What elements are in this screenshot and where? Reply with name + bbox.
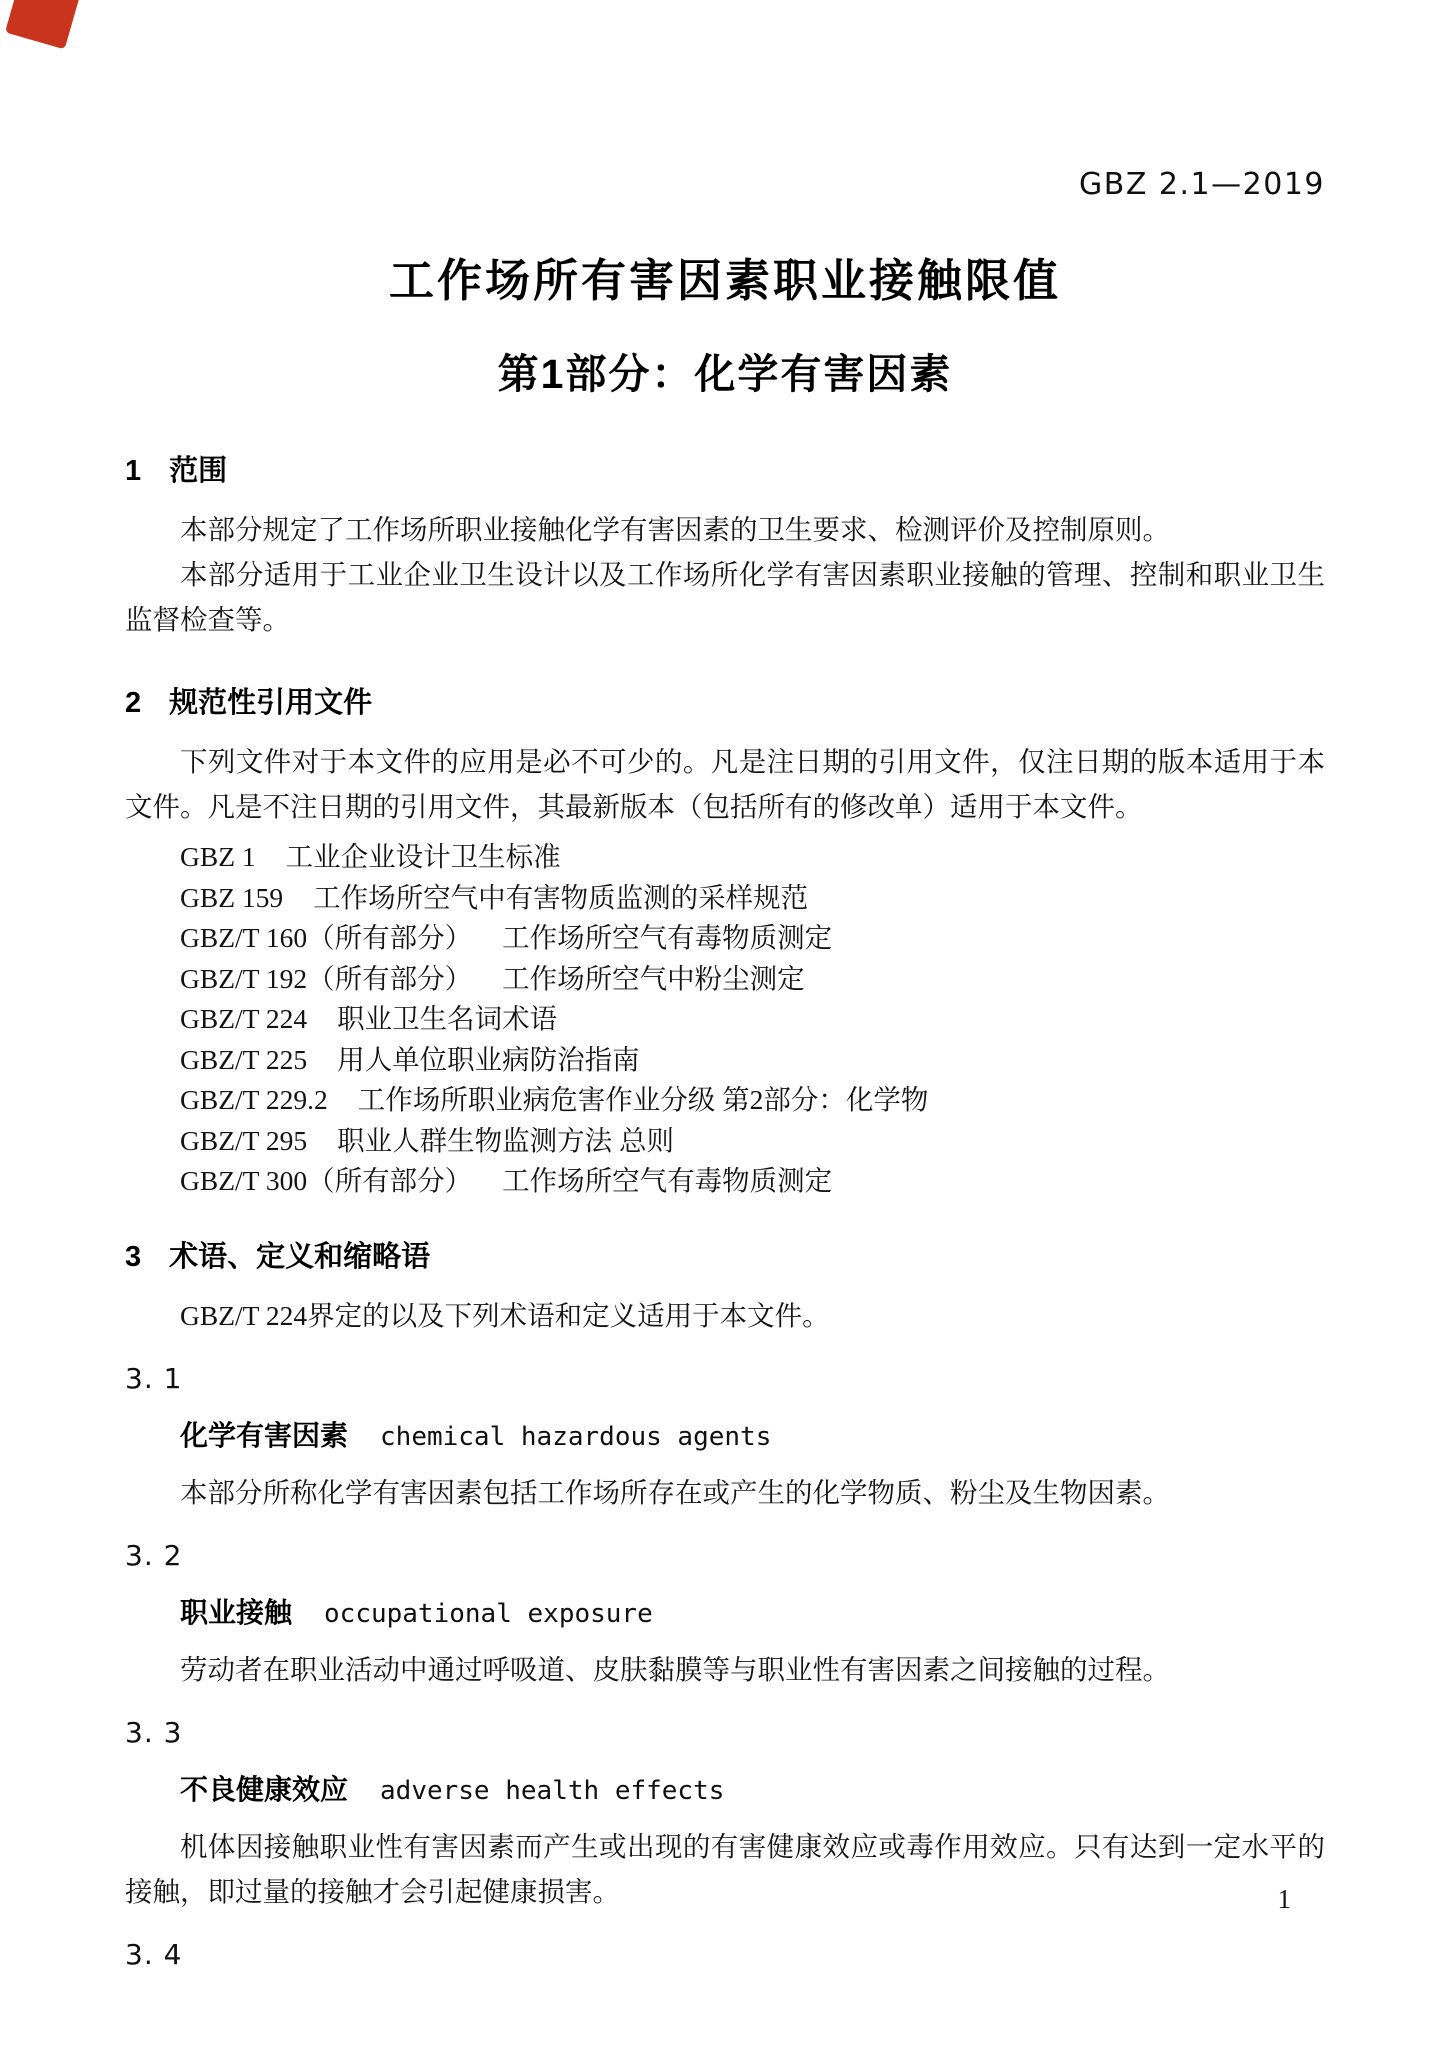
section-title: 术语、定义和缩略语 [169, 1234, 430, 1275]
reference-item: GBZ/T 224职业卫生名词术语 [180, 999, 1325, 1040]
reference-title: 工业企业设计卫生标准 [286, 841, 561, 872]
references-list: GBZ 1工业企业设计卫生标准 GBZ 159工作场所空气中有害物质监测的采样规… [125, 837, 1325, 1202]
reference-code: GBZ/T 300（所有部分） [180, 1165, 472, 1196]
term-block: 3. 4 [125, 1938, 1325, 1971]
term-heading: 不良健康效应 adverse health effects [125, 1768, 1325, 1808]
term-block: 3. 2 职业接触 occupational exposure 劳动者在职业活动… [125, 1539, 1325, 1692]
references-intro-wrap: 下列文件对于本文件的应用是必不可少的。凡是注日期的引用文件，仅注日期的版本适用于… [125, 739, 1325, 829]
standard-code-header: GBZ 2.1—2019 [125, 167, 1325, 202]
reference-item: GBZ 1工业企业设计卫生标准 [180, 837, 1325, 878]
reference-code: GBZ/T 224 [180, 1003, 307, 1034]
term-name-zh: 不良健康效应 [180, 1774, 348, 1805]
reference-item: GBZ/T 229.2工作场所职业病危害作业分级 第2部分：化学物 [180, 1080, 1325, 1121]
reference-title: 职业卫生名词术语 [337, 1003, 557, 1034]
term-definition: 机体因接触职业性有害因素而产生或出现的有害健康效应或毒作用效应。只有达到一定水平… [125, 1824, 1325, 1914]
reference-code: GBZ/T 225 [180, 1044, 307, 1075]
document-title: 工作场所有害因素职业接触限值 [125, 244, 1325, 309]
term-number: 3. 2 [125, 1539, 1325, 1572]
terms-intro: GBZ/T 224界定的以及下列术语和定义适用于本文件。 [125, 1293, 1325, 1338]
reference-item: GBZ/T 160（所有部分）工作场所空气有毒物质测定 [180, 918, 1325, 959]
reference-item: GBZ/T 295职业人群生物监测方法 总则 [180, 1121, 1325, 1162]
term-name-zh: 化学有害因素 [180, 1420, 348, 1451]
section-heading-scope: 1 范围 [125, 448, 1325, 489]
term-block: 3. 1 化学有害因素 chemical hazardous agents 本部… [125, 1362, 1325, 1515]
reference-title: 工作场所空气有毒物质测定 [502, 1165, 832, 1196]
reference-item: GBZ 159工作场所空气中有害物质监测的采样规范 [180, 878, 1325, 919]
terms-intro-wrap: GBZ/T 224界定的以及下列术语和定义适用于本文件。 [125, 1293, 1325, 1338]
term-number: 3. 4 [125, 1938, 1325, 1971]
term-heading: 职业接触 occupational exposure [125, 1591, 1325, 1631]
term-name-en: chemical hazardous agents [380, 1422, 771, 1452]
reference-item: GBZ/T 225用人单位职业病防治指南 [180, 1040, 1325, 1081]
reference-title: 工作场所空气中粉尘测定 [502, 963, 805, 994]
references-intro: 下列文件对于本文件的应用是必不可少的。凡是注日期的引用文件，仅注日期的版本适用于… [125, 739, 1325, 829]
page-content: GBZ 2.1—2019 工作场所有害因素职业接触限值 第1部分：化学有害因素 … [0, 0, 1448, 1971]
term-heading: 化学有害因素 chemical hazardous agents [125, 1414, 1325, 1454]
section-number: 1 [125, 455, 141, 488]
reference-title: 用人单位职业病防治指南 [337, 1044, 640, 1075]
reference-code: GBZ 1 [180, 841, 256, 872]
term-definition: 劳动者在职业活动中通过呼吸道、皮肤黏膜等与职业性有害因素之间接触的过程。 [125, 1647, 1325, 1692]
section-title: 规范性引用文件 [169, 680, 372, 721]
document-page: { "page": { "doc_code": "GBZ 2.1—2019", … [0, 0, 1448, 2048]
reference-code: GBZ/T 229.2 [180, 1084, 328, 1115]
section-title: 范围 [169, 448, 227, 489]
term-definition: 本部分所称化学有害因素包括工作场所存在或产生的化学物质、粉尘及生物因素。 [125, 1470, 1325, 1515]
scope-paragraph-1: 本部分规定了工作场所职业接触化学有害因素的卫生要求、检测评价及控制原则。 [125, 507, 1325, 552]
term-number: 3. 1 [125, 1362, 1325, 1395]
section-heading-references: 2 规范性引用文件 [125, 680, 1325, 721]
scope-paragraphs: 本部分规定了工作场所职业接触化学有害因素的卫生要求、检测评价及控制原则。 本部分… [125, 507, 1325, 642]
reference-code: GBZ/T 295 [180, 1125, 307, 1156]
section-number: 2 [125, 687, 141, 720]
reference-title: 工作场所空气中有害物质监测的采样规范 [313, 882, 808, 913]
term-number: 3. 3 [125, 1716, 1325, 1749]
document-subtitle: 第1部分：化学有害因素 [125, 341, 1325, 400]
term-name-en: occupational exposure [324, 1599, 653, 1629]
reference-title: 职业人群生物监测方法 总则 [337, 1125, 674, 1156]
reference-title: 工作场所空气有毒物质测定 [502, 922, 832, 953]
reference-item: GBZ/T 300（所有部分）工作场所空气有毒物质测定 [180, 1161, 1325, 1202]
reference-code: GBZ 159 [180, 882, 283, 913]
reference-title: 工作场所职业病危害作业分级 第2部分：化学物 [358, 1084, 929, 1115]
section-number: 3 [125, 1241, 141, 1274]
page-number: 1 [1278, 1884, 1292, 1915]
term-name-en: adverse health effects [380, 1776, 724, 1806]
reference-code: GBZ/T 192（所有部分） [180, 963, 472, 994]
section-heading-terms: 3 术语、定义和缩略语 [125, 1234, 1325, 1275]
scope-paragraph-2: 本部分适用于工业企业卫生设计以及工作场所化学有害因素职业接触的管理、控制和职业卫… [125, 552, 1325, 642]
term-name-zh: 职业接触 [180, 1597, 292, 1628]
reference-item: GBZ/T 192（所有部分）工作场所空气中粉尘测定 [180, 959, 1325, 1000]
reference-code: GBZ/T 160（所有部分） [180, 922, 472, 953]
term-block: 3. 3 不良健康效应 adverse health effects 机体因接触… [125, 1716, 1325, 1914]
